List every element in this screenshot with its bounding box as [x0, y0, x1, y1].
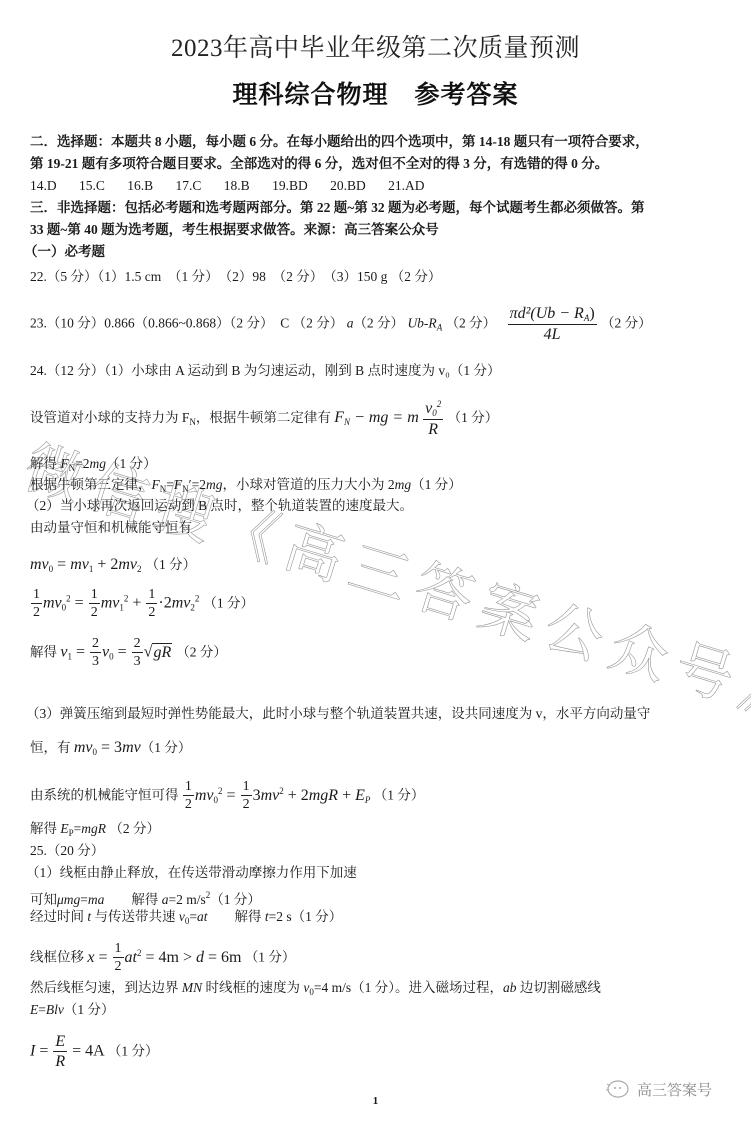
- document-title: 2023年高中毕业年级第二次质量预测: [0, 28, 751, 64]
- q25-line2: 可知μmg=ma 解得 a=2 m/s2（1 分）: [30, 886, 261, 909]
- document-subtitle: 理科综合物理参考答案: [0, 75, 751, 111]
- energy-equation: 12mv02 = 12mv12 + 12·2mv22 （1 分）: [30, 588, 254, 620]
- subtitle-subject: 理科综合物理: [232, 80, 388, 109]
- momentum-equation: mv0 = mv1 + 2mv2 （1 分）: [30, 556, 196, 578]
- section2-intro-line2: 第 19-21 题有多项符合题目要求。全部选对的得 6 分，选对但不全对的得 3…: [30, 155, 608, 173]
- q24-part1-line1: 24.（12 分）（1）小球由 A 运动到 B 为匀速运动，刚到 B 点时速度为…: [30, 362, 500, 380]
- wechat-chat-bubble-icon: [605, 1078, 631, 1100]
- q24-part2-line1: （2）当小球再次返回运动到 B 点时，整个轨道装置的速度最大。: [26, 497, 413, 515]
- footer-logo-text: 高三答案号: [637, 1079, 712, 1100]
- v1-solution: 解得 v1 = 23v0 = 23√gR （2 分）: [30, 637, 227, 669]
- q25-line1: （1）线框由静止释放，在传送带滑动摩擦力作用下加速: [26, 864, 357, 882]
- answer-16: 16.B: [127, 177, 153, 195]
- q24-part1-line4: 根据牛顿第三定律，FN=FN′=2mg，小球对管道的压力大小为 2mg（1 分）: [30, 476, 462, 498]
- footer-account-logo: 高三答案号: [605, 1078, 712, 1100]
- q25-line4: 线框位移 x = 12at2 = 4m > d = 6m （1 分）: [30, 942, 295, 974]
- answer-19: 19.BD: [272, 177, 308, 195]
- answer-17: 17.C: [176, 177, 202, 195]
- answer-20: 20.BD: [330, 177, 366, 195]
- q25-line5: 然后线框匀速，到达边界 MN 时线框的速度为 v0=4 m/s（1 分）。进入磁…: [30, 979, 601, 1001]
- q25-line6: E=Blv（1 分）: [30, 1001, 115, 1019]
- subtitle-answer-key: 参考答案: [415, 80, 519, 109]
- q22-answer: 22.（5 分）（1）1.5 cm （1 分） （2）98 （2 分） （3）1…: [30, 268, 441, 286]
- choice-answers: 14.D 15.C 16.B 17.C 18.B 19.BD 20.BD 21.…: [30, 177, 443, 195]
- q25-line3: 经过时间 t 与传送带共速 v0=at 解得 t=2 s（1 分）: [30, 908, 342, 930]
- q24-part3-line1: （3）弹簧压缩到最短时弹性势能最大，此时小球与整个轨道装置共速，设共同速度为 v…: [26, 705, 650, 723]
- q24-part3-line4: 解得 EP=mgR （2 分）: [30, 820, 160, 842]
- answer-15: 15.C: [79, 177, 105, 195]
- q24-part1-line2: 设管道对小球的支持力为 FN，根据牛顿第二定律有 FN − mg = m v02…: [30, 400, 498, 438]
- answer-14: 14.D: [30, 177, 57, 195]
- current-equation: I = ER = 4A （1 分）: [30, 1034, 158, 1070]
- required-heading: （一）必考题: [24, 243, 105, 261]
- q25-heading: 25.（20 分）: [30, 842, 104, 860]
- answer-21: 21.AD: [388, 177, 424, 195]
- section3-intro-line2: 33 题~第 40 题为选考题，考生根据要求做答。来源：高三答案公众号: [30, 221, 439, 239]
- section2-intro-line1: 二．选择题：本题共 8 小题，每小题 6 分。在每小题给出的四个选项中，第 14…: [30, 133, 649, 151]
- q23-resistivity-formula: πd²(Ub − RA) 4L: [508, 306, 597, 343]
- q24-part1-line3: 解得 FN=2mg（1 分）: [30, 455, 157, 477]
- answer-18: 18.B: [224, 177, 250, 195]
- q24-part2-line2: 由动量守恒和机械能守恒有: [30, 519, 192, 537]
- newton-second-law-eq: FN − mg = m: [334, 409, 419, 426]
- section3-intro-line1: 三．非选择题：包括必考题和选考题两部分。第 22 题~第 32 题为必考题，每个…: [30, 199, 645, 217]
- q24-part3-line3: 由系统的机械能守恒可得 12mv02 = 123mv2 + 2mgR + EP …: [30, 780, 424, 812]
- q24-part3-line2: 恒，有 mv0 = 3mv（1 分）: [30, 739, 191, 761]
- q23-answer: 23.（10 分）0.866（0.866~0.868）（2 分） C （2 分）…: [30, 306, 652, 343]
